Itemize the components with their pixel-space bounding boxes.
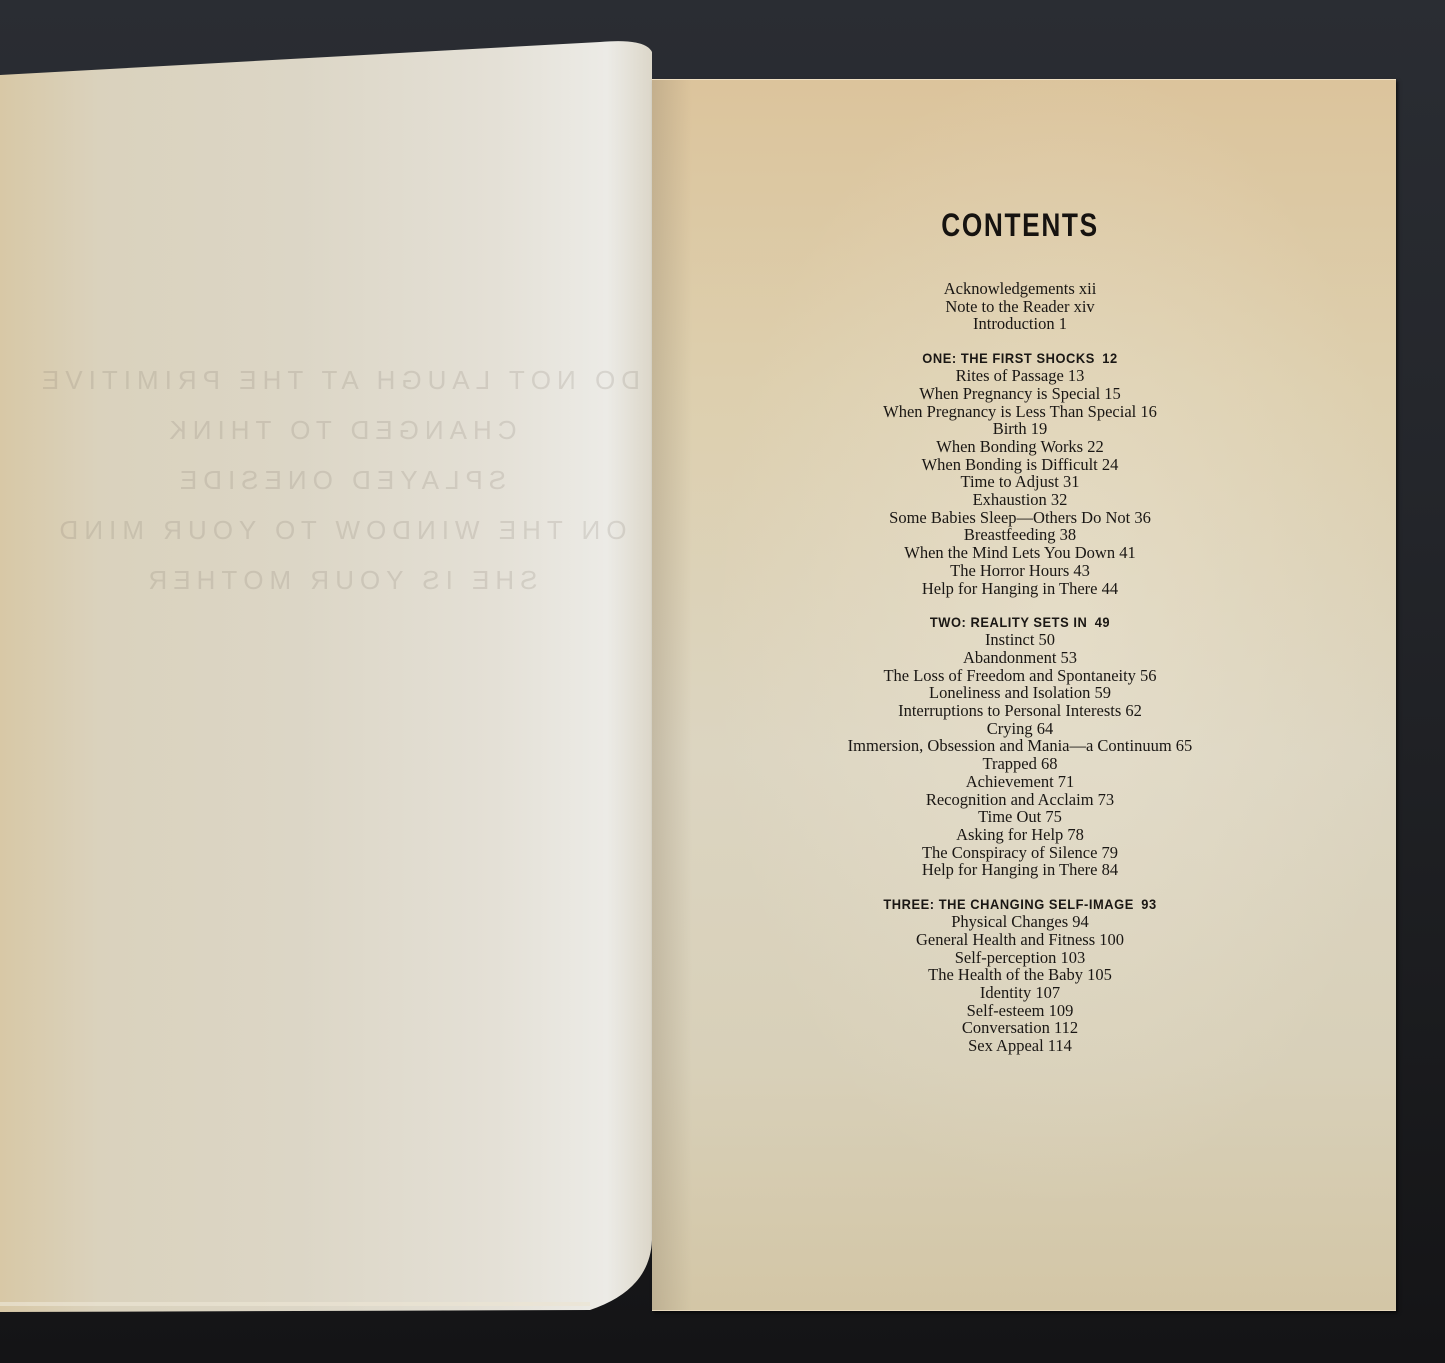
toc-entry: The Conspiracy of Silence 79	[760, 844, 1280, 862]
bleed-line: ON THE WINDOW TO YOUR MIND	[40, 505, 640, 555]
chapter-page-number: 12	[1102, 350, 1117, 366]
front-matter-list: Acknowledgements xii Note to the Reader …	[760, 280, 1280, 333]
toc-entry: Loneliness and Isolation 59	[760, 684, 1280, 702]
toc-entry: The Horror Hours 43	[760, 562, 1280, 580]
bleed-through-text: DO NOT LAUGH AT THE PRIMITIVE CHANGED TO…	[40, 355, 640, 605]
chapter-page-number: 93	[1141, 896, 1156, 912]
toc-entry: Immersion, Obsession and Mania—a Continu…	[760, 737, 1280, 755]
toc-entry: Instinct 50	[760, 631, 1280, 649]
toc-entry: Note to the Reader xiv	[760, 298, 1280, 316]
toc-entry: When Pregnancy is Less Than Special 16	[760, 403, 1280, 421]
toc-entry: The Loss of Freedom and Spontaneity 56	[760, 667, 1280, 685]
toc-entry: When Pregnancy is Special 15	[760, 385, 1280, 403]
bleed-line: SPLAYED ONESIDE	[40, 455, 640, 505]
chapter-heading: TWO: REALITY SETS IN49	[781, 613, 1259, 631]
toc-entry: Rites of Passage 13	[760, 367, 1280, 385]
chapter-heading: ONE: THE FIRST SHOCKS12	[781, 349, 1259, 367]
toc-entry: The Health of the Baby 105	[760, 966, 1280, 984]
toc-entry: General Health and Fitness 100	[760, 931, 1280, 949]
toc-entry: Exhaustion 32	[760, 491, 1280, 509]
contents-title: CONTENTS	[807, 205, 1233, 245]
toc-entry: Introduction 1	[760, 315, 1280, 333]
chapter-one: ONE: THE FIRST SHOCKS12 Rites of Passage…	[760, 349, 1280, 597]
toc-entry: Help for Hanging in There 44	[760, 580, 1280, 598]
left-page-edge	[0, 1302, 590, 1306]
toc-entry: When Bonding Works 22	[760, 438, 1280, 456]
toc-entry: Self-perception 103	[760, 949, 1280, 967]
toc-entry: Asking for Help 78	[760, 826, 1280, 844]
chapter-two: TWO: REALITY SETS IN49 Instinct 50 Aband…	[760, 613, 1280, 879]
toc-entry: Time Out 75	[760, 808, 1280, 826]
table-of-contents: CONTENTS Acknowledgements xii Note to th…	[760, 205, 1280, 1055]
toc-entry: Recognition and Acclaim 73	[760, 791, 1280, 809]
toc-entry: Self-esteem 109	[760, 1002, 1280, 1020]
toc-entry: Time to Adjust 31	[760, 473, 1280, 491]
chapter-title: THREE: THE CHANGING SELF-IMAGE	[883, 896, 1134, 912]
toc-entry: Birth 19	[760, 420, 1280, 438]
toc-entry: When Bonding is Difficult 24	[760, 456, 1280, 474]
toc-entry: Sex Appeal 114	[760, 1037, 1280, 1055]
toc-entry: Some Babies Sleep—Others Do Not 36	[760, 509, 1280, 527]
toc-entry: Help for Hanging in There 84	[760, 861, 1280, 879]
chapter-heading: THREE: THE CHANGING SELF-IMAGE93	[781, 895, 1259, 913]
toc-entry: Interruptions to Personal Interests 62	[760, 702, 1280, 720]
toc-entry: Identity 107	[760, 984, 1280, 1002]
toc-entry: Breastfeeding 38	[760, 526, 1280, 544]
toc-entry: Abandonment 53	[760, 649, 1280, 667]
chapter-title: ONE: THE FIRST SHOCKS	[922, 350, 1095, 366]
bleed-line: CHANGED TO THINK	[40, 405, 640, 455]
left-page: DO NOT LAUGH AT THE PRIMITIVE CHANGED TO…	[0, 0, 660, 1363]
toc-entry: Acknowledgements xii	[760, 280, 1280, 298]
toc-entry: When the Mind Lets You Down 41	[760, 544, 1280, 562]
bleed-line: SHE IS YOUR MOTHER	[40, 555, 640, 605]
bleed-line: DO NOT LAUGH AT THE PRIMITIVE	[40, 355, 640, 405]
chapter-title: TWO: REALITY SETS IN	[930, 614, 1088, 630]
chapter-page-number: 49	[1095, 614, 1110, 630]
toc-entry: Crying 64	[760, 720, 1280, 738]
toc-entry: Physical Changes 94	[760, 913, 1280, 931]
toc-entry: Conversation 112	[760, 1019, 1280, 1037]
toc-entry: Achievement 71	[760, 773, 1280, 791]
chapter-three: THREE: THE CHANGING SELF-IMAGE93 Physica…	[760, 895, 1280, 1055]
toc-entry: Trapped 68	[760, 755, 1280, 773]
